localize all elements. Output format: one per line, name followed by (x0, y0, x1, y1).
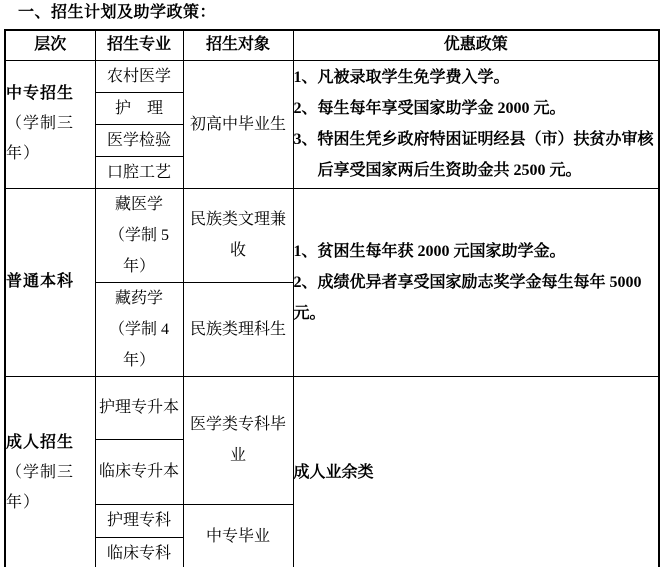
major-cell: 口腔工艺 (95, 156, 183, 188)
header-level: 层次 (5, 30, 95, 60)
table-row: 普通本科 藏医学 （学制 5 年） 民族类文理兼收 1、贫困生每年获 2000 … (5, 188, 659, 282)
policy-item: 1、贫困生每年获 2000 元国家助学金。 (294, 236, 659, 267)
level-note: （学制三年） (6, 115, 74, 162)
header-policy: 优惠政策 (293, 30, 659, 60)
target-cell: 民族类理科生 (183, 282, 293, 376)
table-row: 成人招生（学制三年） 护理专升本 医学类专科毕业 成人业余类 (5, 376, 659, 439)
major-cell: 藏医学 （学制 5 年） (95, 188, 183, 282)
level-cell-zhongzhuan: 中专招生（学制三年） (5, 60, 95, 188)
section-title: 一、招生计划及助学政策： (18, 2, 666, 23)
level-name: 普通本科 (6, 273, 74, 290)
policy-item: 2、成绩优异者享受国家励志奖学金每生每年 5000 元。 (294, 267, 659, 329)
header-row: 层次 招生专业 招生对象 优惠政策 (5, 30, 659, 60)
policy-cell: 1、凡被录取学生免学费入学。 2、每生每年享受国家助学金 2000 元。 3、特… (293, 60, 659, 188)
major-cell: 护 理 (95, 92, 183, 124)
level-note: （学制三年） (6, 464, 74, 511)
table-row: 中专招生（学制三年） 农村医学 初高中毕业生 1、凡被录取学生免学费入学。 2、… (5, 60, 659, 92)
policy-item: 2、每生每年享受国家助学金 2000 元。 (294, 93, 659, 124)
policy-cell: 1、贫困生每年获 2000 元国家助学金。 2、成绩优异者享受国家励志奖学金每生… (293, 188, 659, 376)
header-major: 招生专业 (95, 30, 183, 60)
policy-item: 成人业余类 (294, 457, 659, 488)
policy-item: 1、凡被录取学生免学费入学。 (294, 62, 659, 93)
level-cell-benke: 普通本科 (5, 188, 95, 376)
policy-item: 3、特困生凭乡政府特困证明经县（市）扶贫办审核后享受国家两后生资助金共 2500… (294, 124, 659, 186)
document-page: 一、招生计划及助学政策： 层次 招生专业 招生对象 优惠政策 中专招生（学制三年… (0, 0, 666, 567)
major-cell: 临床专升本 (95, 439, 183, 504)
policy-cell: 成人业余类 (293, 376, 659, 567)
header-target: 招生对象 (183, 30, 293, 60)
major-cell: 临床专科 (95, 537, 183, 567)
major-cell: 护理专升本 (95, 376, 183, 439)
major-cell: 农村医学 (95, 60, 183, 92)
major-cell: 医学检验 (95, 124, 183, 156)
admissions-table: 层次 招生专业 招生对象 优惠政策 中专招生（学制三年） 农村医学 初高中毕业生… (4, 29, 660, 567)
major-cell: 藏药学 （学制 4 年） (95, 282, 183, 376)
level-name: 成人招生 (6, 434, 74, 451)
level-cell-chengren: 成人招生（学制三年） (5, 376, 95, 567)
major-cell: 护理专科 (95, 504, 183, 537)
target-cell: 初高中毕业生 (183, 60, 293, 188)
target-cell: 中专毕业 (183, 504, 293, 567)
target-cell: 医学类专科毕业 (183, 376, 293, 504)
level-name: 中专招生 (6, 85, 74, 102)
target-cell: 民族类文理兼收 (183, 188, 293, 282)
